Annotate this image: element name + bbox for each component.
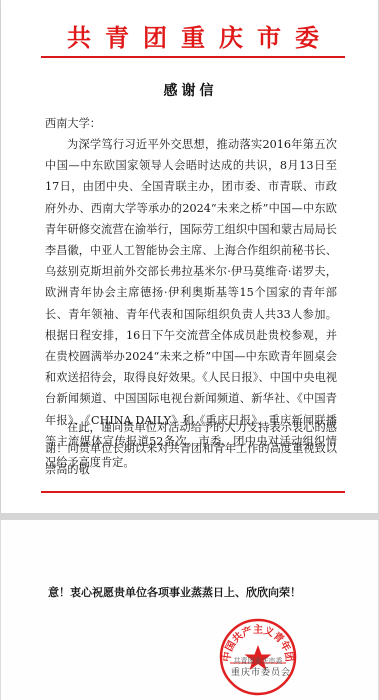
document-page-1: 共青团重庆市委 感谢信 西南大学： 为深学笃行习近平外交思想，推动落实2016年… [1,0,378,513]
svg-text:共青团重庆市委: 共青团重庆市委 [234,656,283,665]
page-separator [0,513,379,520]
seal-date: 重庆市委员会 [216,665,306,678]
letterhead-divider [41,56,345,58]
footer-divider [41,491,345,493]
letterhead-title: 共青团重庆市委 [41,24,345,52]
letter-paragraph-2: 在此，谨向贵单位对活动给予的大力支持表示衷心的感谢！向贵单位长期以来对共青团和青… [45,417,337,481]
salutation: 西南大学： [45,113,337,134]
document-page-2 [1,520,378,700]
official-seal-icon: 中国共产主义青年团 共青团重庆市委 [218,617,298,697]
letter-closing: 意！衷心祝愿贵单位各项事业蒸蒸日上、欣欣向荣！ [48,584,348,600]
letter-title: 感谢信 [1,80,379,100]
